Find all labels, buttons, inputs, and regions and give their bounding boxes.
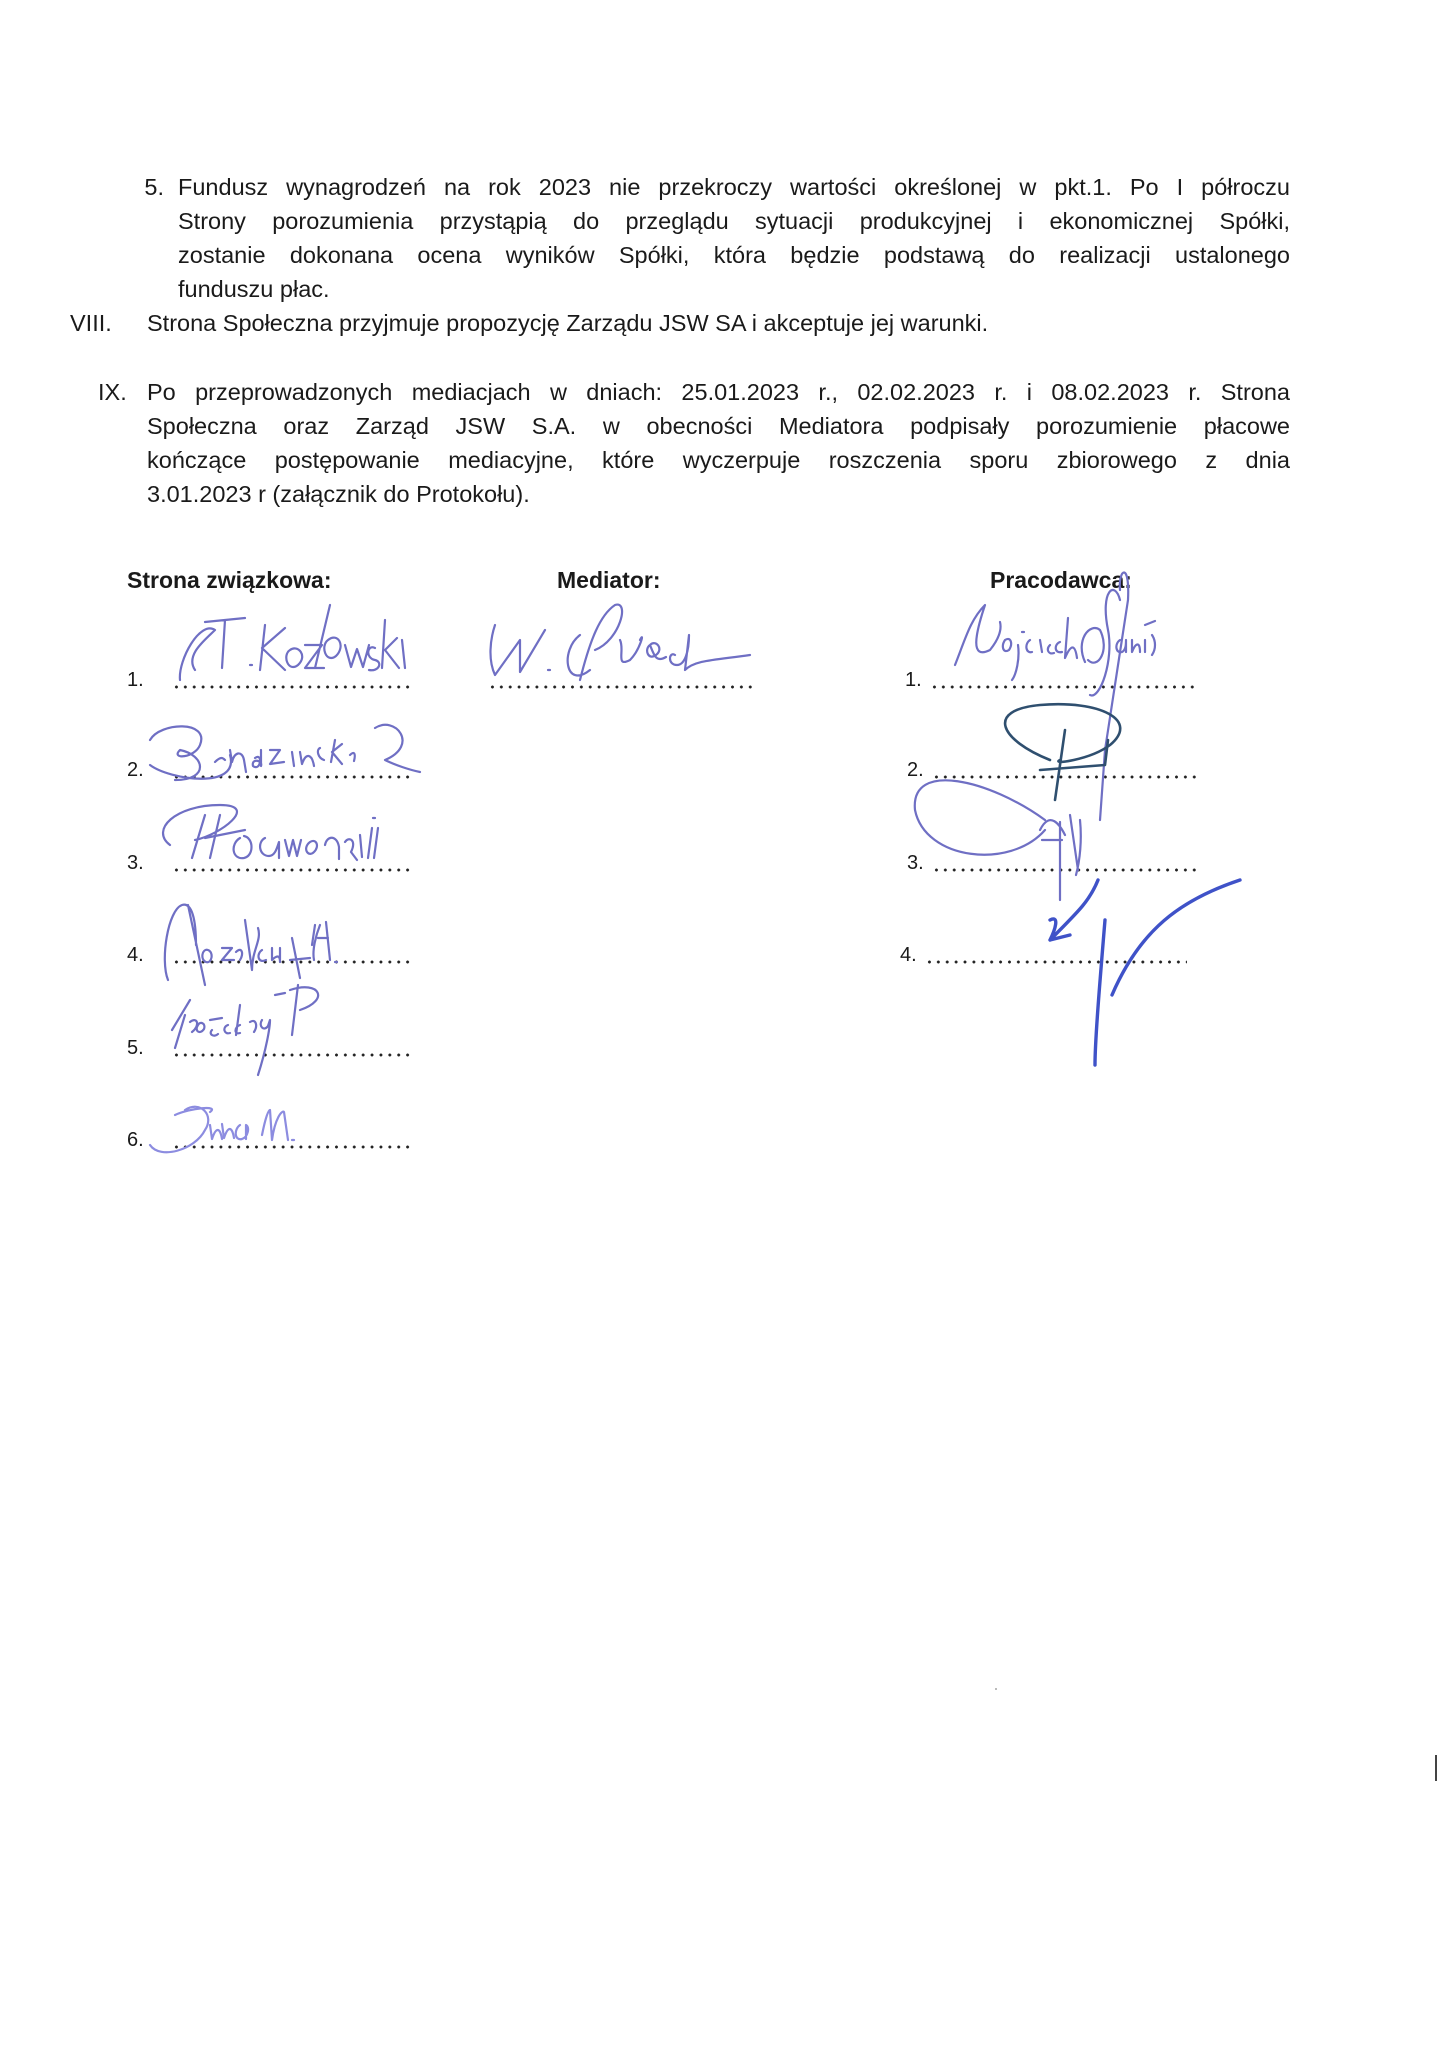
document-page: 5. Fundusz wynagrodzeń na rok 2023 nie p… (0, 0, 1449, 2048)
dotted-signature-line (172, 960, 412, 964)
signature-line-label: 1. (127, 669, 144, 692)
paragraph-line: Po przeprowadzonych mediacjach w dniach:… (147, 375, 1290, 409)
signature-line-label: 6. (127, 1129, 144, 1152)
signature-line-label: 2. (127, 759, 144, 782)
paragraph-line: Strona Społeczna przyjmuje propozycję Za… (147, 306, 1290, 340)
paragraph-marker: VIII. (70, 306, 120, 340)
paragraph-line: funduszu płac. (178, 272, 1290, 306)
employer-signature-line-2: 2. (907, 752, 1227, 782)
signature-line-label: 3. (907, 852, 924, 875)
dotted-signature-line (172, 1053, 412, 1057)
signature-line-label: 4. (127, 944, 144, 967)
mediator-heading: Mediator: (557, 567, 661, 594)
dotted-signature-line (932, 775, 1197, 779)
union-signature-line-5: 5. (127, 1030, 427, 1060)
employer-signature-line-1: 1. (905, 662, 1225, 692)
union-signature-line-3: 3. (127, 845, 427, 875)
paragraph-item-ix: IX. Po przeprowadzonych mediacjach w dni… (70, 375, 1290, 511)
signature-line-label: 2. (907, 759, 924, 782)
signature-line-label: 5. (127, 1037, 144, 1060)
dotted-signature-line (172, 685, 412, 689)
paragraph-line: Fundusz wynagrodzeń na rok 2023 nie prze… (178, 170, 1290, 204)
union-side-heading: Strona związkowa: (127, 567, 331, 594)
union-signature-line-4: 4. (127, 937, 427, 967)
dotted-signature-line (932, 868, 1197, 872)
employer-heading: Pracodawca: (990, 567, 1132, 594)
dotted-signature-line (925, 960, 1187, 964)
signature-line-label: 3. (127, 852, 144, 875)
paragraph-item-viii: VIII. Strona Społeczna przyjmuje propozy… (70, 306, 1290, 340)
scan-edge-mark (1435, 1755, 1437, 1781)
paragraph-item-5: 5. Fundusz wynagrodzeń na rok 2023 nie p… (140, 170, 1290, 306)
paragraph-line: Strony porozumienia przystąpią do przegl… (178, 204, 1290, 238)
paragraph-line: 3.01.2023 r (załącznik do Protokołu). (147, 477, 1290, 511)
dotted-signature-line (930, 685, 1195, 689)
union-signature-line-1: 1. (127, 662, 427, 692)
employer-signature-line-4: 4. (900, 937, 1220, 967)
dotted-signature-line (488, 685, 756, 689)
mediator-signature-line (488, 662, 768, 692)
signature-line-label: 1. (905, 669, 922, 692)
union-signature-line-6: 6. (127, 1122, 427, 1152)
paragraph-line: zostanie dokonana ocena wyników Spółki, … (178, 238, 1290, 272)
paragraph-line: kończące postępowanie mediacyjne, które … (147, 443, 1290, 477)
paragraph-marker: IX. (98, 375, 138, 409)
employer-signature-line-3: 3. (907, 845, 1227, 875)
paragraph-marker: 5. (140, 170, 164, 204)
union-signature-line-2: 2. (127, 752, 427, 782)
scan-speck (995, 1688, 997, 1690)
paragraph-line: Społeczna oraz Zarząd JSW S.A. w obecnoś… (147, 409, 1290, 443)
signature-employer-4 (1050, 880, 1240, 1065)
signature-line-label: 4. (900, 944, 917, 967)
dotted-signature-line (172, 1145, 412, 1149)
dotted-signature-line (172, 868, 412, 872)
signature-employer-3 (915, 780, 1081, 900)
dotted-signature-line (172, 775, 412, 779)
